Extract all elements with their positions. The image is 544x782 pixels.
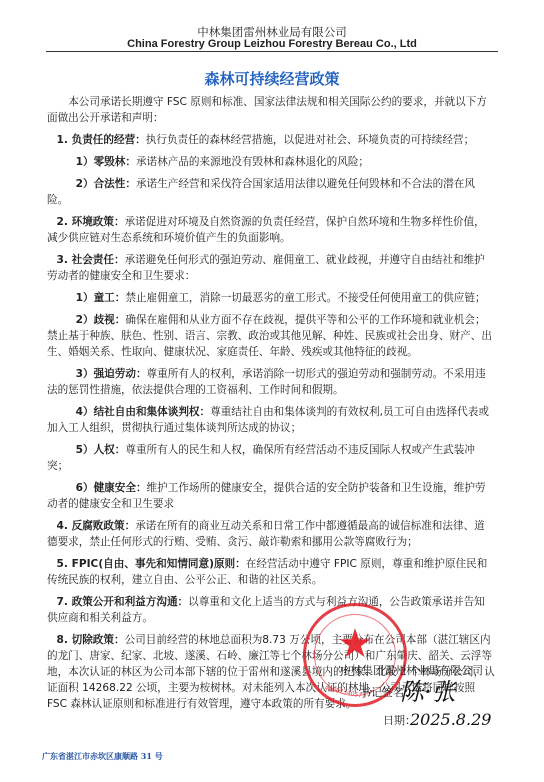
section-2: 2. 环境政策：承诺促进对环境及自然资源的负责任经营，保护自然环境和生物多样性价…	[47, 214, 495, 246]
section-3-item-2: 2）歧视：确保在雇佣和从业方面不存在歧视，提供平等和公平的工作环境和就业机会；禁…	[47, 312, 495, 360]
item-heading: 5）人权：	[76, 444, 126, 456]
section-heading: 8. 切除政策：	[57, 634, 125, 646]
section-1-item-2: 2）合法性：承诺生产经营和采伐符合国家适用法律以避免任何毁林和不合法的潜在风险。	[47, 176, 495, 208]
section-3: 3. 社会责任：承诺避免任何形式的强迫劳动、雇佣童工、就业歧视，并遵守自由结社和…	[47, 252, 495, 284]
section-3-item-4: 4）结社自由和集体谈判权：尊重结社自由和集体谈判的有效权利,员工可自由选择代表或…	[47, 404, 495, 436]
intro-paragraph: 本公司承诺长期遵守 FSC 原则和标准、国家法律法规和相关国际公约的要求，并就以…	[47, 94, 495, 126]
section-heading: 1. 负责任的经营：	[57, 134, 146, 146]
document-body: 本公司承诺长期遵守 FSC 原则和标准、国家法律法规和相关国际公约的要求，并就以…	[47, 94, 495, 718]
item-heading: 3）强迫劳动：	[76, 368, 147, 380]
item-heading: 2）合法性：	[76, 178, 136, 190]
company-name-en: China Forestry Group Leizhou Forestry Be…	[0, 38, 544, 50]
header-divider	[46, 51, 498, 52]
section-7: 7. 政策公开和利益方沟通：以尊重和文化上适当的方式与利益方沟通，公告政策承诺并…	[47, 594, 495, 626]
handwritten-signature: 陈·张	[400, 672, 456, 707]
section-text: 执行负责任的森林经营措施，以促进对社会、环境负责的可持续经营；	[146, 134, 474, 146]
item-heading: 4）结社自由和集体谈判权：	[76, 406, 211, 418]
section-heading: 2. 环境政策：	[57, 216, 125, 228]
section-heading: 7. 政策公开和利益方沟通：	[57, 596, 189, 608]
star-icon: ★	[306, 624, 404, 664]
section-5: 5. FPIC(自由、事先和知情同意)原则：在经营活动中遵守 FPIC 原则，尊…	[47, 556, 495, 588]
document-title: 森林可持续经营政策	[0, 68, 544, 89]
item-heading: 2）歧视：	[76, 314, 126, 326]
item-text: 承诺林产品的来源地没有毁林和森林退化的风险；	[136, 156, 369, 168]
section-3-item-5: 5）人权：尊重所有人的民生和人权，确保所有经营活动不违反国际人权或产生武装冲突；	[47, 442, 495, 474]
item-heading: 1）童工：	[76, 292, 126, 304]
section-heading: 4. 反腐败政策：	[57, 520, 136, 532]
item-text: 禁止雇佣童工，消除一切最恶劣的童工形式。不接受任何使用童工的供应链；	[125, 292, 485, 304]
section-heading: 3. 社会责任：	[57, 254, 125, 266]
section-heading: 5. FPIC(自由、事先和知情同意)原则：	[57, 558, 246, 570]
footer-address: 广东省湛江市赤坎区康顺路 31 号	[42, 751, 163, 762]
item-heading: 1）零毁林：	[76, 156, 136, 168]
section-3-item-3: 3）强迫劳动：尊重所有人的权利，承诺消除一切形式的强迫劳动和强制劳动。不采用违法…	[47, 366, 495, 398]
section-3-item-1: 1）童工：禁止雇佣童工，消除一切最恶劣的童工形式。不接受任何使用童工的供应链；	[47, 290, 495, 306]
section-1: 1. 负责任的经营：执行负责任的森林经营措施，以促进对社会、环境负责的可持续经营…	[47, 132, 495, 148]
document-page: 中林集团雷州林业局有限公司 China Forestry Group Leizh…	[0, 0, 544, 782]
section-3-item-6: 6）健康安全：维护工作场所的健康安全，提供合适的安全防护装备和卫生设施，维护劳动…	[47, 480, 495, 512]
item-heading: 6）健康安全：	[76, 482, 147, 494]
handwritten-date: 2025.8.29	[410, 710, 491, 729]
section-4: 4. 反腐败政策：承诺在所有的商业互动关系和日常工作中都遵循最高的诚信标准和法律…	[47, 518, 495, 550]
section-1-item-1: 1）零毁林：承诺林产品的来源地没有毁林和森林退化的风险；	[47, 154, 495, 170]
